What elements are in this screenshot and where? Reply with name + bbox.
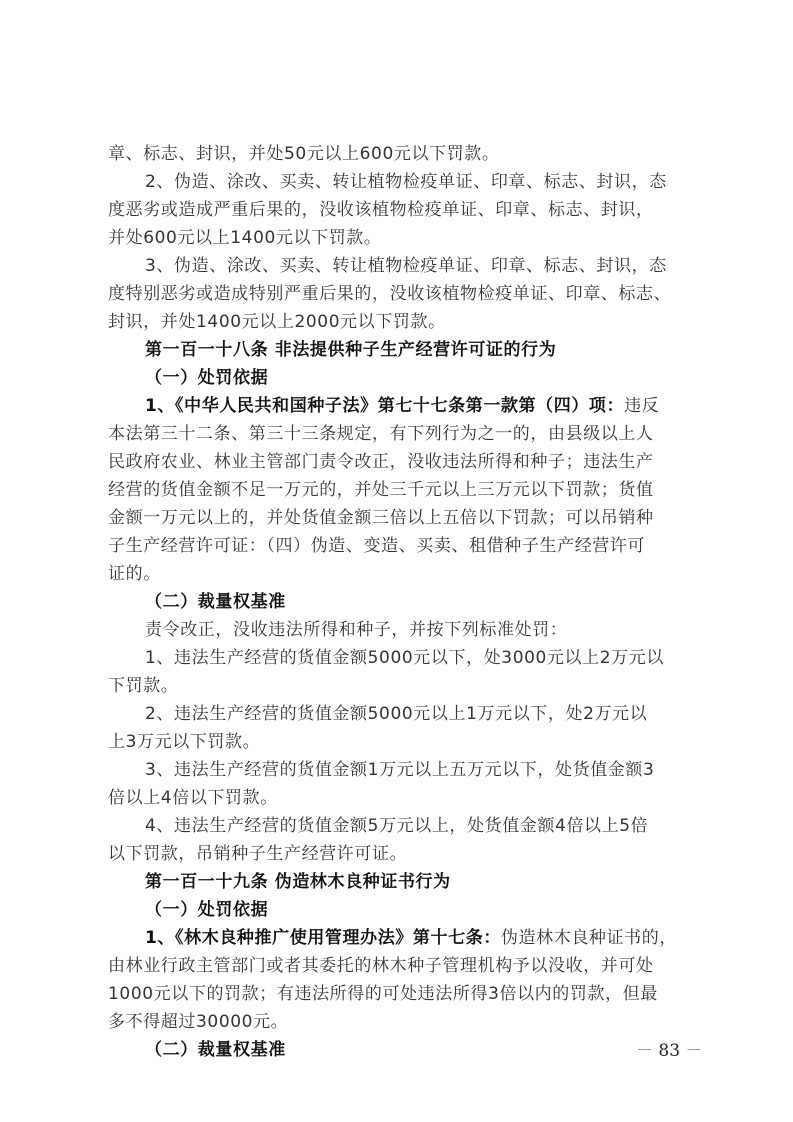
paragraph-line: 以下罚款，吊销种子生产经营许可证。 (108, 840, 690, 868)
document-page: 章、标志、封识，并处50元以上600元以下罚款。 2、伪造、涂改、买卖、转让植物… (108, 140, 690, 1064)
legal-citation: 1、《中华人民共和国种子法》第七十七条第一款第（四）项： (145, 396, 624, 416)
paragraph-line: 章、标志、封识，并处50元以上600元以下罚款。 (108, 140, 690, 168)
page-number-value: 83 (658, 1041, 680, 1061)
section-heading-penalty-basis: （一）处罚依据 (108, 364, 690, 392)
paragraph-line: 证的。 (108, 560, 690, 588)
paragraph-line: 2、伪造、涂改、买卖、转让植物检疫单证、印章、标志、封识，态 (108, 168, 690, 196)
citation-text: 违反 (624, 396, 659, 416)
paragraph-line: 4、违法生产经营的货值金额5万元以上，处货值金额4倍以上5倍 (108, 812, 690, 840)
article-heading-118: 第一百一十八条 非法提供种子生产经营许可证的行为 (108, 336, 690, 364)
paragraph-line: 子生产经营许可证：（四）伪造、变造、买卖、租借种子生产经营许可 (108, 532, 690, 560)
paragraph-line: 金额一万元以上的，并处货值金额三倍以上五倍以下罚款；可以吊销种 (108, 504, 690, 532)
section-heading-discretion-standard: （二）裁量权基准 (108, 588, 690, 616)
section-heading-discretion-standard: （二）裁量权基准 (108, 1036, 690, 1064)
legal-citation: 1、《林木良种推广使用管理办法》第十七条： (145, 928, 501, 948)
section-heading-penalty-basis: （一）处罚依据 (108, 896, 690, 924)
paragraph-line: 下罚款。 (108, 672, 690, 700)
paragraph-line: 本法第三十二条、第三十三条规定，有下列行为之一的，由县级以上人 (108, 420, 690, 448)
paragraph-line: 2、违法生产经营的货值金额5000元以上1万元以下，处2万元以 (108, 700, 690, 728)
page-number: － 83 － (636, 1036, 702, 1061)
paragraph-line: 由林业行政主管部门或者其委托的林木种子管理机构予以没收，并可处 (108, 952, 690, 980)
paragraph-line: 1000元以下的罚款；有违法所得的可处违法所得3倍以内的罚款，但最 (108, 980, 690, 1008)
legal-citation-line: 1、《中华人民共和国种子法》第七十七条第一款第（四）项：违反 (108, 392, 690, 420)
page-number-dash-left: － (636, 1041, 653, 1061)
paragraph-line: 度特别恶劣或造成特别严重后果的，没收该植物检疫单证、印章、标志、 (108, 280, 690, 308)
paragraph-line: 上3万元以下罚款。 (108, 728, 690, 756)
paragraph-line: 倍以上4倍以下罚款。 (108, 784, 690, 812)
paragraph-line: 并处600元以上1400元以下罚款。 (108, 224, 690, 252)
citation-text: 伪造林木良种证书的， (501, 928, 677, 948)
article-heading-119: 第一百一十九条 伪造林木良种证书行为 (108, 868, 690, 896)
paragraph-line: 3、伪造、涂改、买卖、转让植物检疫单证、印章、标志、封识，态 (108, 252, 690, 280)
paragraph-line: 3、违法生产经营的货值金额1万元以上五万元以下，处货值金额3 (108, 756, 690, 784)
paragraph-line: 责令改正，没收违法所得和种子，并按下列标准处罚： (108, 616, 690, 644)
paragraph-line: 民政府农业、林业主管部门责令改正，没收违法所得和种子；违法生产 (108, 448, 690, 476)
paragraph-line: 度恶劣或造成严重后果的，没收该植物检疫单证、印章、标志、封识， (108, 196, 690, 224)
paragraph-line: 多不得超过30000元。 (108, 1008, 690, 1036)
paragraph-line: 封识，并处1400元以上2000元以下罚款。 (108, 308, 690, 336)
paragraph-line: 经营的货值金额不足一万元的，并处三千元以上三万元以下罚款；货值 (108, 476, 690, 504)
paragraph-line: 1、违法生产经营的货值金额5000元以下，处3000元以上2万元以 (108, 644, 690, 672)
legal-citation-line: 1、《林木良种推广使用管理办法》第十七条：伪造林木良种证书的， (108, 924, 690, 952)
page-number-dash-right: － (685, 1041, 702, 1061)
